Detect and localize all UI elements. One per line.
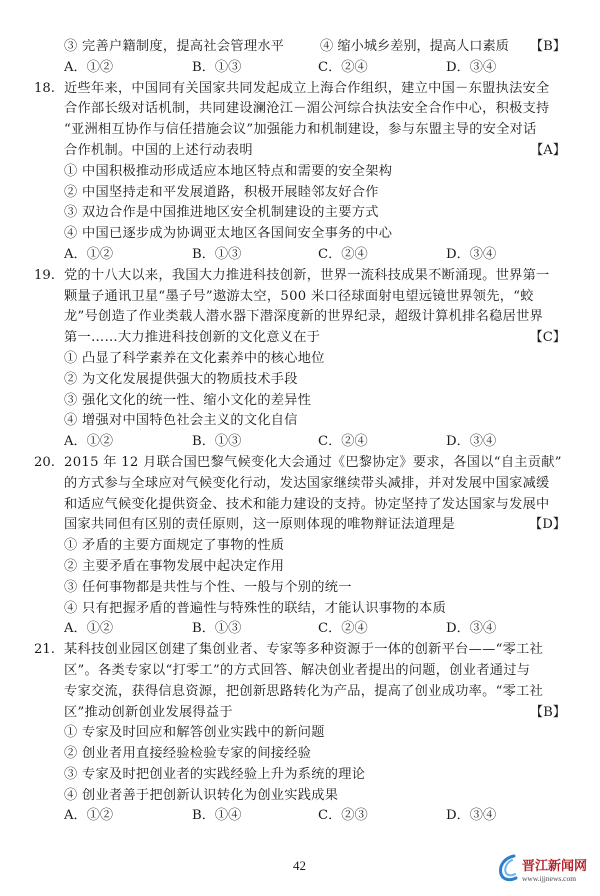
item-line: ① 中国积极推动形成适应本地区特点和需要的安全架构: [0, 162, 600, 183]
options-row: A．①② B．①③ C．②④ D．③④: [0, 432, 600, 453]
stem-line: 的方式参与全球应对气候变化行动，发达国家继续带头减排，并对发展中国家减缓: [0, 474, 600, 495]
option-d: D．③④: [446, 806, 496, 827]
answer-badge: 【C】: [530, 328, 566, 349]
question-number: 18.: [34, 79, 55, 100]
question-17-items-line: ③ 完善户籍制度，提高社会管理水平 ④ 缩小城乡差别，提高人口素质 【B】: [0, 37, 600, 58]
answer-badge: 【B】: [530, 37, 566, 58]
stem-line: 龙”号创造了作业类载人潜水器下潜深度新的世界纪录，超级计算机排名稳居世界: [0, 307, 600, 328]
item-line: ③ 专家及时把创业者的实践经验上升为系统的理论: [0, 765, 600, 786]
item-line: ④ 增强对中国特色社会主义的文化自信: [0, 411, 600, 432]
option-b: B．①③: [192, 432, 241, 453]
item-line: ④ 创业者善于把创新认识转化为创业实践成果: [0, 786, 600, 807]
stem-text: 区”。各类专家以“打零工”的方式回答、解决创业者提出的问题，创业者通过与: [64, 661, 530, 682]
stem-line: 区”推动创新创业发展得益于 【B】: [0, 703, 600, 724]
option-a: A．①②: [64, 806, 113, 827]
stem-text: 区”推动创新创业发展得益于: [64, 703, 233, 724]
stem-text: 的方式参与全球应对气候变化行动，发达国家继续带头减排，并对发展中国家减缓: [64, 474, 550, 495]
logo-name: 晋江新闻网: [522, 855, 587, 874]
stem-text: 和适应气候变化提供资金、技术和能力建设的支持。协定坚持了发达国家与发展中: [64, 495, 550, 516]
stem-text: 龙”号创造了作业类载人潜水器下潜深度新的世界纪录，超级计算机排名稳居世界: [64, 307, 543, 328]
item-3: ③ 完善户籍制度，提高社会管理水平: [64, 37, 284, 58]
answer-badge: 【D】: [529, 515, 566, 536]
item-line: ③ 强化文化的统一性、缩小文化的差异性: [0, 391, 600, 412]
stem-line: 21. 某科技创业园区创建了集创业者、专家等多种资源于一体的创新平台——“零工社: [0, 640, 600, 661]
item-line: ② 主要矛盾在事物发展中起决定作用: [0, 557, 600, 578]
item-3: ③ 专家及时把创业者的实践经验上升为系统的理论: [64, 765, 365, 786]
item-line: ② 中国坚持走和平发展道路，积极开展睦邻友好合作: [0, 183, 600, 204]
item-2: ② 中国坚持走和平发展道路，积极开展睦邻友好合作: [64, 183, 379, 204]
item-3: ③ 任何事物都是共性与个性、一般与个别的统一: [64, 578, 352, 599]
item-2: ② 创业者用直接经验检验专家的间接经验: [64, 744, 311, 765]
stem-text: 2015 年 12 月联合国巴黎气候变化大会通过《巴黎协定》要求，各国以“自主贡…: [64, 453, 562, 474]
stem-text: 党的十八大以来，我国大力推进科技创新，世界一流科技成果不断涌现。世界第一: [64, 266, 550, 287]
item-line: ③ 任何事物都是共性与个性、一般与个别的统一: [0, 578, 600, 599]
option-c: C．②④: [318, 58, 368, 79]
question-18: 18. 近些年来，中国同有关国家共同发起成立上海合作组织，建立中国－东盟执法安全…: [0, 79, 600, 266]
answer-badge: 【B】: [530, 703, 566, 724]
options-row: A．①② B．①③ C．②④ D．③④: [0, 245, 600, 266]
item-4: ④ 中国已逐步成为协调亚太地区各国间安全事务的中心: [64, 224, 392, 245]
option-b: B．①④: [192, 806, 241, 827]
logo-url: www.ijjnews.com: [522, 874, 576, 883]
item-4: ④ 缩小城乡差别，提高人口素质: [320, 37, 509, 58]
stem-text: 合作部长级对话机制，共同建设澜沧江－湄公河综合执法安全合作中心，积极支持: [64, 99, 550, 120]
question-number: 21.: [34, 640, 55, 661]
question-21: 21. 某科技创业园区创建了集创业者、专家等多种资源于一体的创新平台——“零工社…: [0, 640, 600, 827]
question-number: 19.: [34, 266, 55, 287]
stem-text: 合作机制。中国的上述行动表明: [64, 141, 253, 162]
question-number: 20.: [34, 453, 55, 474]
item-1: ① 中国积极推动形成适应本地区特点和需要的安全架构: [64, 162, 392, 183]
stem-text: 第一……大力推进科技创新的文化意义在于: [64, 328, 320, 349]
item-line: ② 创业者用直接经验检验专家的间接经验: [0, 744, 600, 765]
stem-text: 某科技创业园区创建了集创业者、专家等多种资源于一体的创新平台——“零工社: [64, 640, 543, 661]
question-20: 20. 2015 年 12 月联合国巴黎气候变化大会通过《巴黎协定》要求，各国以…: [0, 453, 600, 640]
stem-line: 合作部长级对话机制，共同建设澜沧江－湄公河综合执法安全合作中心，积极支持: [0, 99, 600, 120]
stem-line: 第一……大力推进科技创新的文化意义在于 【C】: [0, 328, 600, 349]
item-line: ② 为文化发展提供强大的物质技术手段: [0, 370, 600, 391]
option-a: A．①②: [64, 432, 113, 453]
options-row: A．①② B．①③ C．②④ D．③④: [0, 619, 600, 640]
option-a: A．①②: [64, 245, 113, 266]
item-1: ① 凸显了科学素养在文化素养中的核心地位: [64, 349, 325, 370]
stem-text: “亚洲相互协作与信任措施会议”加强能力和机制建设，参与东盟主导的安全对话: [64, 120, 537, 141]
item-line: ④ 中国已逐步成为协调亚太地区各国间安全事务的中心: [0, 224, 600, 245]
option-c: C．②④: [318, 619, 368, 640]
option-d: D．③④: [446, 619, 496, 640]
stem-line: 20. 2015 年 12 月联合国巴黎气候变化大会通过《巴黎协定》要求，各国以…: [0, 453, 600, 474]
item-4: ④ 创业者善于把创新认识转化为创业实践成果: [64, 786, 338, 807]
stem-line: 合作机制。中国的上述行动表明 【A】: [0, 141, 600, 162]
item-3: ③ 双边合作是中国推进地区安全机制建设的主要方式: [64, 203, 379, 224]
item-line: ④ 只有把握矛盾的普遍性与特殊性的联结，才能认识事物的本质: [0, 599, 600, 620]
item-line: ① 矛盾的主要方面规定了事物的性质: [0, 536, 600, 557]
item-1: ① 矛盾的主要方面规定了事物的性质: [64, 536, 284, 557]
option-c: C．②③: [318, 806, 368, 827]
stem-text: 专家交流，获得信息资源，把创新思路转化为产品，提高了创业成功率。“零工社: [64, 682, 543, 703]
stem-line: 国家共同但有区别的责任原则，这一原则体现的唯物辩证法道理是 【D】: [0, 515, 600, 536]
stem-line: 颗量子通讯卫星“墨子号”遨游太空，500 米口径球面射电望远镜世界领先，“蛟: [0, 287, 600, 308]
item-line: ① 专家及时回应和解答创业实践中的新问题: [0, 723, 600, 744]
option-c: C．②④: [318, 432, 368, 453]
option-d: D．③④: [446, 432, 496, 453]
question-19: 19. 党的十八大以来，我国大力推进科技创新，世界一流科技成果不断涌现。世界第一…: [0, 266, 600, 453]
stem-line: 专家交流，获得信息资源，把创新思路转化为产品，提高了创业成功率。“零工社: [0, 682, 600, 703]
item-4: ④ 只有把握矛盾的普遍性与特殊性的联结，才能认识事物的本质: [64, 599, 446, 620]
option-b: B．①③: [192, 58, 241, 79]
stem-text: 近些年来，中国同有关国家共同发起成立上海合作组织，建立中国－东盟执法安全: [64, 79, 550, 100]
stem-line: 区”。各类专家以“打零工”的方式回答、解决创业者提出的问题，创业者通过与: [0, 661, 600, 682]
item-line: ① 凸显了科学素养在文化素养中的核心地位: [0, 349, 600, 370]
stem-text: 颗量子通讯卫星“墨子号”遨游太空，500 米口径球面射电望远镜世界领先，“蛟: [64, 287, 534, 308]
options-row: A．①② B．①③ C．②④ D．③④: [0, 58, 600, 79]
stem-line: “亚洲相互协作与信任措施会议”加强能力和机制建设，参与东盟主导的安全对话: [0, 120, 600, 141]
page-number: 42: [293, 858, 306, 874]
option-b: B．①③: [192, 245, 241, 266]
item-2: ② 主要矛盾在事物发展中起决定作用: [64, 557, 284, 578]
option-a: A．①②: [64, 58, 113, 79]
stem-line: 和适应气候变化提供资金、技术和能力建设的支持。协定坚持了发达国家与发展中: [0, 495, 600, 516]
exam-page: ③ 完善户籍制度，提高社会管理水平 ④ 缩小城乡差别，提高人口素质 【B】 A．…: [0, 37, 600, 827]
stem-line: 18. 近些年来，中国同有关国家共同发起成立上海合作组织，建立中国－东盟执法安全: [0, 79, 600, 100]
item-1: ① 专家及时回应和解答创业实践中的新问题: [64, 723, 325, 744]
option-d: D．③④: [446, 245, 496, 266]
site-logo: 晋江新闻网 www.ijjnews.com: [496, 852, 596, 892]
stem-text: 国家共同但有区别的责任原则，这一原则体现的唯物辩证法道理是: [64, 515, 455, 536]
option-b: B．①③: [192, 619, 241, 640]
options-row: A．①② B．①④ C．②③ D．③④: [0, 806, 600, 827]
item-2: ② 为文化发展提供强大的物质技术手段: [64, 370, 298, 391]
stem-line: 19. 党的十八大以来，我国大力推进科技创新，世界一流科技成果不断涌现。世界第一: [0, 266, 600, 287]
item-4: ④ 增强对中国特色社会主义的文化自信: [64, 411, 298, 432]
option-a: A．①②: [64, 619, 113, 640]
answer-badge: 【A】: [530, 141, 566, 162]
item-3: ③ 强化文化的统一性、缩小文化的差异性: [64, 391, 311, 412]
option-d: D．③④: [446, 58, 496, 79]
logo-swirl-icon: [498, 854, 520, 882]
option-c: C．②④: [318, 245, 368, 266]
item-line: ③ 双边合作是中国推进地区安全机制建设的主要方式: [0, 203, 600, 224]
